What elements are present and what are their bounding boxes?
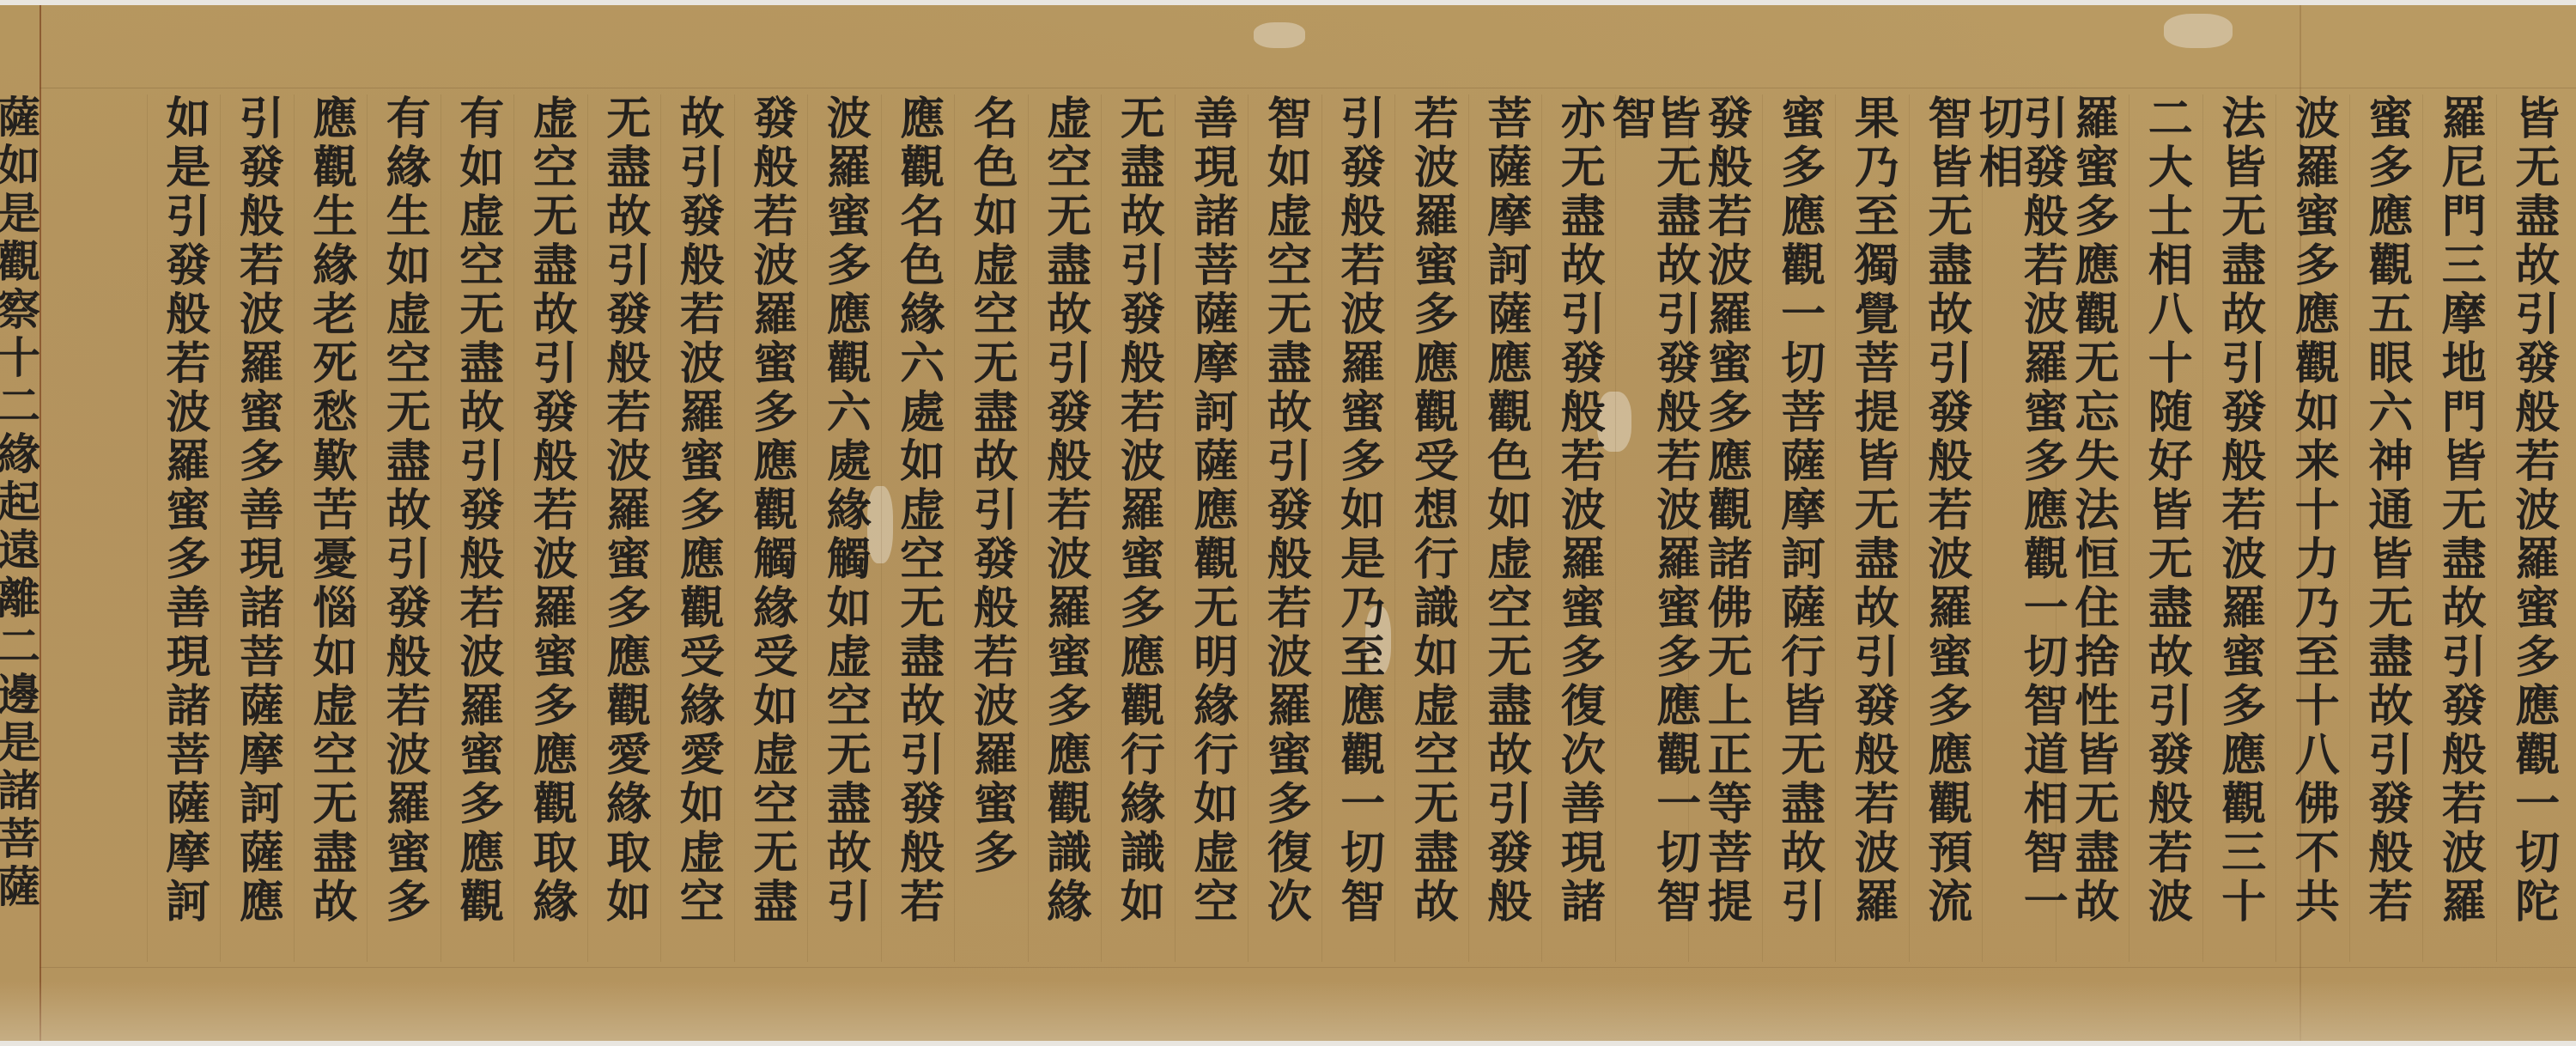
column-text: 有如虚空无盡故引發般若波羅蜜多應觀 (455, 94, 500, 962)
column-text: 无盡故引發般若波羅蜜多應觀行緣識如 (1115, 94, 1160, 962)
text-column: 故引發般若波羅蜜多應觀受緣愛如虚空 (660, 94, 734, 962)
column-text: 皆无盡故引發般若波羅蜜多應觀一切陀 (2511, 94, 2555, 962)
text-column: 應觀名色緣六處如虚空无盡故引發般若 (881, 94, 955, 962)
text-column: 波羅蜜多應觀六處緣觸如虚空无盡故引 (807, 94, 881, 962)
column-text: 法皆无盡故引發般若波羅蜜多應觀三十 (2217, 94, 2262, 962)
text-column: 法皆无盡故引發般若波羅蜜多應觀三十 (2202, 94, 2276, 962)
water-stain (1254, 22, 1305, 48)
text-column: 无盡故引發般若波羅蜜多應觀行緣識如 (1101, 94, 1175, 962)
text-column: 皆无盡故引發般若波羅蜜多應觀一切智智 (1615, 94, 1689, 962)
column-text: 引發般若波羅蜜多應觀一切智道相智一切相 (1974, 94, 2063, 962)
column-text: 發般若波羅蜜多應觀觸緣受如虚空无盡 (749, 94, 793, 962)
scroll-paper: 薩如是觀察十二緣起遠離二邊是諸菩薩 皆无盡故引發般若波羅蜜多應觀一切陀 羅尼門三… (0, 5, 2576, 1041)
text-column: 發般若波羅蜜多應觀觸緣受如虚空无盡 (734, 94, 808, 962)
column-text: 應觀生緣老死愁歎苦憂惱如虚空无盡故 (308, 94, 353, 962)
text-column: 无盡故引發般若波羅蜜多應觀愛緣取如 (587, 94, 661, 962)
text-column: 引發般若波羅蜜多如是乃至應觀一切智 (1321, 94, 1395, 962)
text-column: 善現諸菩薩摩訶薩應觀无明緣行如虚空 (1175, 94, 1249, 962)
text-column: 菩薩摩訶薩應觀色如虚空无盡故引發般 (1468, 94, 1542, 962)
column-text: 菩薩摩訶薩應觀色如虚空无盡故引發般 (1483, 94, 1528, 962)
text-column: 有如虚空无盡故引發般若波羅蜜多應觀 (440, 94, 514, 962)
text-column: 發般若波羅蜜多應觀諸佛无上正等菩提 (1688, 94, 1762, 962)
text-column: 亦无盡故引發般若波羅蜜多復次善現諸 (1541, 94, 1615, 962)
worn-bottom-edge (0, 981, 2576, 1041)
column-text: 虚空无盡故引發般若波羅蜜多應觀識緣 (1042, 94, 1087, 962)
column-text: 虚空无盡故引發般若波羅蜜多應觀取緣 (528, 94, 573, 962)
column-text: 薩如是觀察十二緣起遠離二邊是諸菩薩 (0, 94, 37, 962)
column-text: 名色如虚空无盡故引發般若波羅蜜多 (969, 94, 1013, 962)
text-column: 虚空无盡故引發般若波羅蜜多應觀取緣 (513, 94, 587, 962)
top-ruling-line (39, 88, 2576, 88)
text-column: 有緣生如虚空无盡故引發般若波羅蜜多 (367, 94, 440, 962)
column-text: 引發般若波羅蜜多善現諸菩薩摩訶薩應 (234, 94, 279, 962)
text-column: 皆无盡故引發般若波羅蜜多應觀一切陀 (2496, 94, 2570, 962)
column-text: 如是引發般若波羅蜜多善現諸菩薩摩訶 (161, 94, 206, 962)
column-text: 二大士相八十随好皆无盡故引發般若波 (2143, 94, 2188, 962)
column-text: 善現諸菩薩摩訶薩應觀无明緣行如虚空 (1189, 94, 1234, 962)
column-text: 引發般若波羅蜜多如是乃至應觀一切智 (1336, 94, 1381, 962)
column-text: 若波羅蜜多應觀受想行識如虚空无盡故 (1409, 94, 1454, 962)
text-column: 果乃至獨覺菩提皆无盡故引發般若波羅 (1835, 94, 1909, 962)
column-text: 故引發般若波羅蜜多應觀受緣愛如虚空 (675, 94, 720, 962)
column-text: 羅蜜多應觀无忘失法恒住捨性皆无盡故 (2070, 94, 2115, 962)
text-column: 引發般若波羅蜜多善現諸菩薩摩訶薩應 (220, 94, 294, 962)
column-text: 无盡故引發般若波羅蜜多應觀愛緣取如 (602, 94, 647, 962)
column-text: 蜜多應觀一切菩薩摩訶薩行皆无盡故引 (1777, 94, 1821, 962)
column-text: 蜜多應觀五眼六神通皆无盡故引發般若 (2364, 94, 2409, 962)
text-column: 若波羅蜜多應觀受想行識如虚空无盡故 (1394, 94, 1468, 962)
column-text: 羅尼門三摩地門皆无盡故引發般若波羅 (2437, 94, 2482, 962)
column-text: 智皆无盡故引發般若波羅蜜多應觀預流 (1923, 94, 1968, 962)
text-column: 二大士相八十随好皆无盡故引發般若波 (2129, 94, 2202, 962)
text-column: 虚空无盡故引發般若波羅蜜多應觀識緣 (1028, 94, 1102, 962)
text-column: 引發般若波羅蜜多應觀一切智道相智一切相 (1982, 94, 2056, 962)
column-text: 應觀名色緣六處如虚空无盡故引發般若 (896, 94, 940, 962)
column-text: 發般若波羅蜜多應觀諸佛无上正等菩提 (1703, 94, 1747, 962)
text-column: 名色如虚空无盡故引發般若波羅蜜多 (954, 94, 1028, 962)
bottom-ruling-line (39, 967, 2576, 968)
column-text: 有緣生如虚空无盡故引發般若波羅蜜多 (381, 94, 426, 962)
text-column: 蜜多應觀五眼六神通皆无盡故引發般若 (2349, 94, 2423, 962)
text-columns: 皆无盡故引發般若波羅蜜多應觀一切陀 羅尼門三摩地門皆无盡故引發般若波羅 蜜多應觀… (147, 94, 2570, 962)
text-column: 智如虚空无盡故引發般若波羅蜜多復次 (1248, 94, 1321, 962)
column-text: 波羅蜜多應觀如来十力乃至十八佛不共 (2290, 94, 2335, 962)
text-column: 蜜多應觀一切菩薩摩訶薩行皆无盡故引 (1762, 94, 1836, 962)
column-text: 皆无盡故引發般若波羅蜜多應觀一切智智 (1607, 94, 1697, 962)
text-column: 智皆无盡故引發般若波羅蜜多應觀預流 (1909, 94, 1983, 962)
left-panel-column: 薩如是觀察十二緣起遠離二邊是諸菩薩 (0, 94, 39, 962)
text-column: 應觀生緣老死愁歎苦憂惱如虚空无盡故 (294, 94, 368, 962)
text-column: 羅蜜多應觀无忘失法恒住捨性皆无盡故 (2056, 94, 2129, 962)
text-column: 如是引發般若波羅蜜多善現諸菩薩摩訶 (147, 94, 221, 962)
text-column: 波羅蜜多應觀如来十力乃至十八佛不共 (2275, 94, 2349, 962)
column-text: 智如虚空无盡故引發般若波羅蜜多復次 (1262, 94, 1307, 962)
column-text: 果乃至獨覺菩提皆无盡故引發般若波羅 (1850, 94, 1894, 962)
water-stain (2164, 14, 2233, 48)
column-text: 波羅蜜多應觀六處緣觸如虚空无盡故引 (822, 94, 866, 962)
text-column: 羅尼門三摩地門皆无盡故引發般若波羅 (2422, 94, 2496, 962)
column-text: 亦无盡故引發般若波羅蜜多復次善現諸 (1556, 94, 1601, 962)
